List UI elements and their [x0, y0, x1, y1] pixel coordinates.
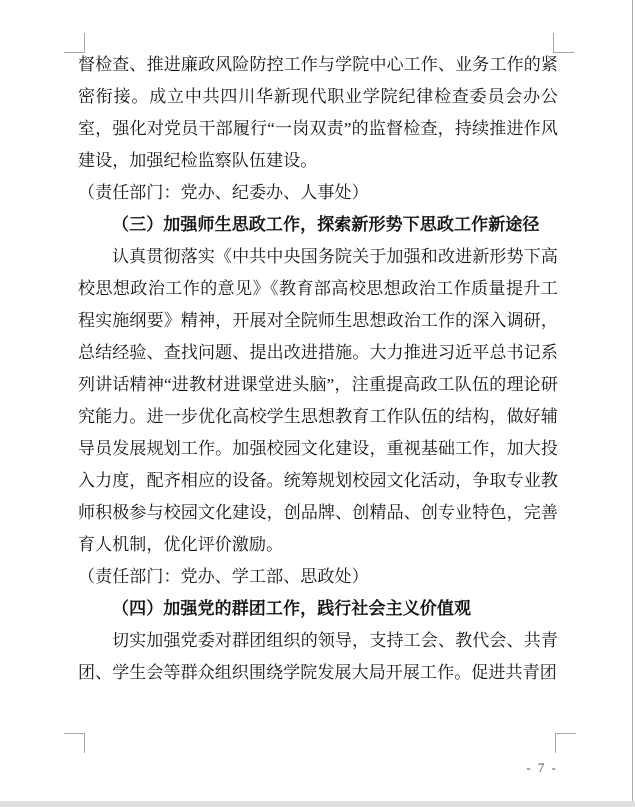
responsibility-dept-line: （责任部门：党办、学工部、思政处）	[78, 561, 558, 593]
page-edge-right	[632, 0, 633, 801]
body-paragraph: 认真贯彻落实《中共中央国务院关于加强和改进新形势下高校思想政治工作的意见》《教育…	[78, 241, 558, 561]
paragraph-continuation: 督检查、推进廉政风险防控工作与学院中心工作、业务工作的紧密衔接。成立中共四川华新…	[78, 49, 558, 177]
document-text-area: 督检查、推进廉政风险防控工作与学院中心工作、业务工作的紧密衔接。成立中共四川华新…	[78, 49, 558, 689]
page-number: - 7 -	[0, 760, 558, 776]
margin-corner-mark-bottom-left	[64, 733, 85, 753]
document-page: { "document": { "paragraphs": [ { "type"…	[0, 0, 635, 807]
responsibility-dept-line: （责任部门：党办、纪委办、人事处）	[78, 177, 558, 209]
section-heading-four: （四）加强党的群团工作，践行社会主义价值观	[78, 593, 558, 625]
margin-corner-mark-bottom-right	[555, 733, 576, 753]
body-paragraph: 切实加强党委对群团组织的领导，支持工会、教代会、共青团、学生会等群众组织围绕学院…	[78, 625, 558, 689]
section-heading-three: （三）加强师生思政工作，探索新形势下思政工作新途径	[78, 209, 558, 241]
page-edge-bottom	[0, 801, 635, 807]
